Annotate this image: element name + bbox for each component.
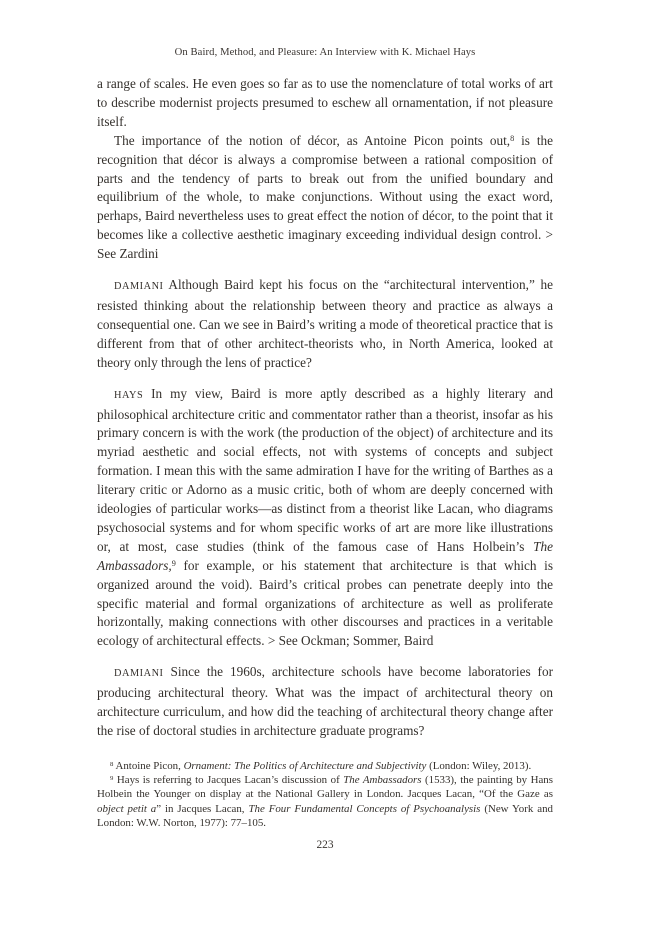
book-title-ornament: Ornament: The Politics of Architecture a… xyxy=(184,760,427,772)
footnote-text: ” in Jacques Lacan, xyxy=(156,803,248,815)
speaker-label-damiani: DAMIANI xyxy=(114,668,164,679)
body-text: a range of scales. He even goes so far a… xyxy=(97,75,553,741)
footnote-text: Antoine Picon, xyxy=(113,760,183,772)
page-number: 223 xyxy=(0,839,650,851)
paragraph-text: Although Baird kept his focus on the “ar… xyxy=(97,277,553,370)
paragraph-text: is the recognition that décor is always … xyxy=(97,133,553,243)
paragraph-picon-decor: The importance of the notion of décor, a… xyxy=(97,132,553,264)
speaker-label-damiani: DAMIANI xyxy=(114,281,164,292)
answer-hays: HAYS In my view, Baird is more aptly des… xyxy=(97,385,553,652)
footnote-8: 8 Antoine Picon, Ornament: The Politics … xyxy=(97,759,553,773)
paragraph-continuation: a range of scales. He even goes so far a… xyxy=(97,75,553,132)
footnote-number-8: 8 xyxy=(110,761,113,768)
cross-reference-ockman-sommer-baird: > See Ockman; Sommer, Baird xyxy=(268,633,434,648)
question-damiani-2: DAMIANI Since the 1960s, architecture sc… xyxy=(97,663,553,741)
book-page: On Baird, Method, and Pleasure: An Inter… xyxy=(0,0,650,935)
speaker-label-hays: HAYS xyxy=(114,390,143,401)
term-object-petit-a: object petit a xyxy=(97,803,156,815)
book-title-four-fundamental-concepts: The Four Fundamental Concepts of Psychoa… xyxy=(248,803,480,815)
footnote-text: (London: Wiley, 2013). xyxy=(426,760,531,772)
running-header: On Baird, Method, and Pleasure: An Inter… xyxy=(0,47,650,58)
footnote-9: 9 Hays is referring to Jacques Lacan’s d… xyxy=(97,773,553,830)
painting-title-the-ambassadors: The Ambassadors xyxy=(343,774,421,786)
footnotes-block: 8 Antoine Picon, Ornament: The Politics … xyxy=(97,759,553,830)
footnote-ref-8: 8 xyxy=(510,134,514,143)
footnote-number-9: 9 xyxy=(110,775,113,782)
paragraph-text: The importance of the notion of décor, a… xyxy=(114,133,510,148)
footnote-text: Hays is referring to Jacques Lacan’s dis… xyxy=(113,774,343,786)
paragraph-text: In my view, Baird is more aptly describe… xyxy=(97,386,553,554)
question-damiani-1: DAMIANI Although Baird kept his focus on… xyxy=(97,276,553,373)
footnote-ref-9: 9 xyxy=(172,559,176,568)
paragraph-text: Since the 1960s, architecture schools ha… xyxy=(97,664,553,738)
paragraph-text: a range of scales. He even goes so far a… xyxy=(97,76,553,129)
